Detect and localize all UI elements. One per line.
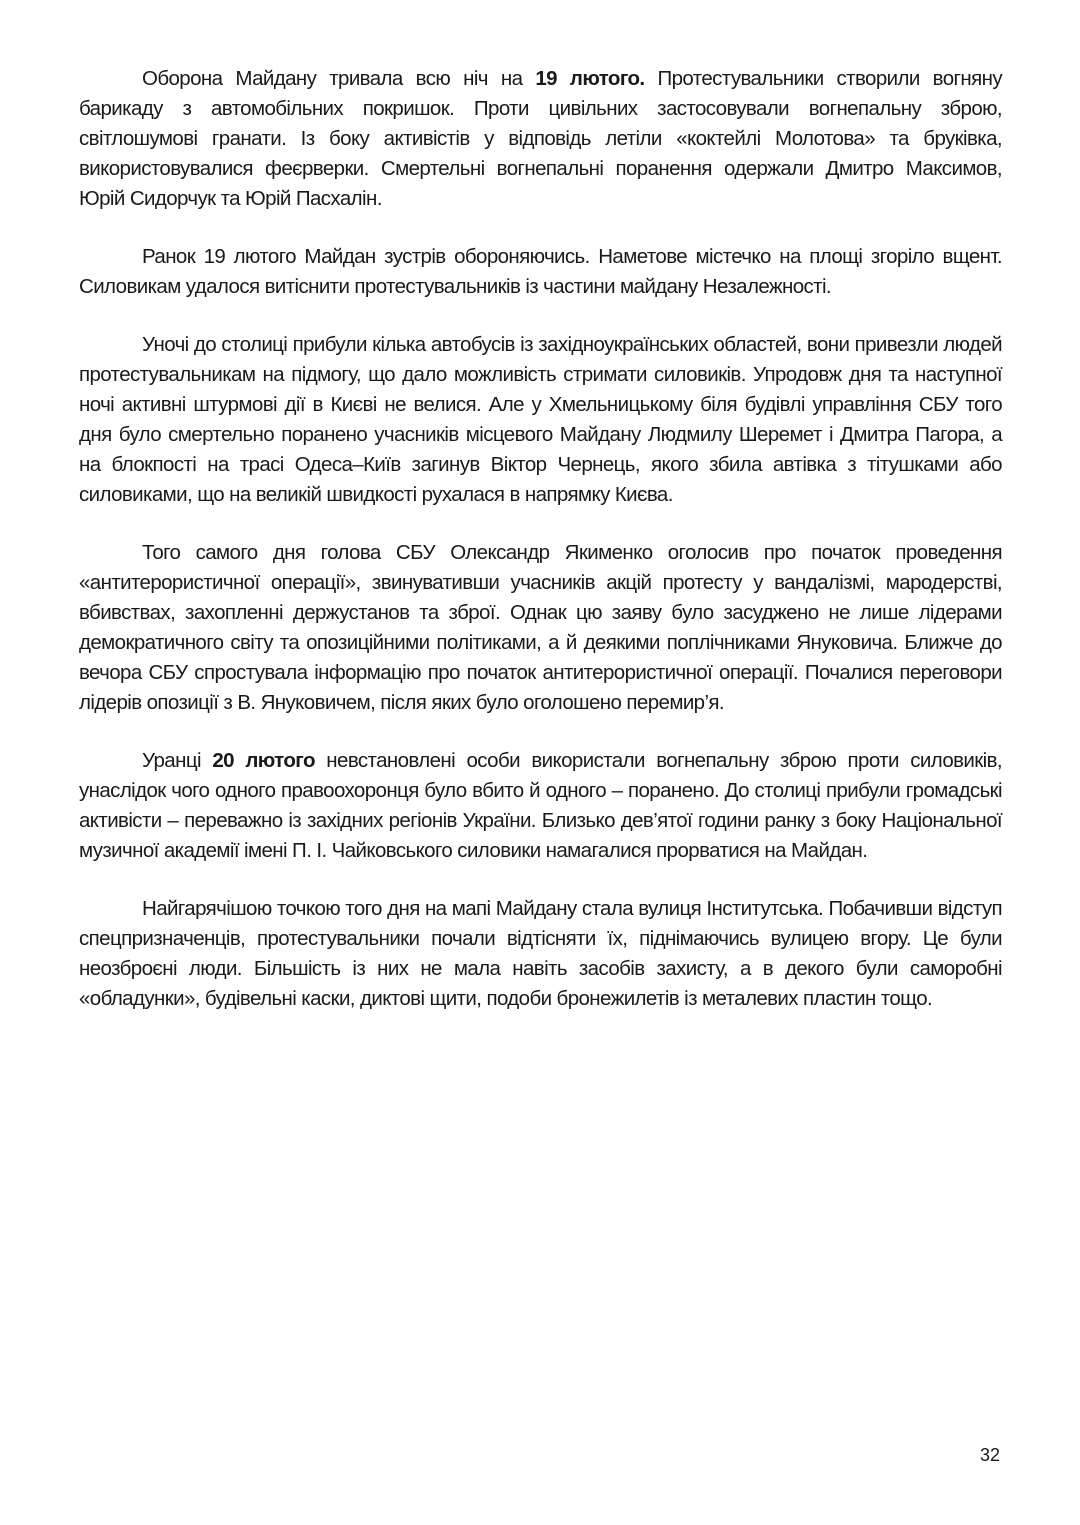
paragraph-sbu-announcement: Того самого дня голова СБУ Олександр Яки… bbox=[79, 538, 1002, 718]
document-page: Оборона Майдану тривала всю ніч на 19 лю… bbox=[79, 64, 1002, 1042]
paragraph-defense-feb-19: Оборона Майдану тривала всю ніч на 19 лю… bbox=[79, 64, 1002, 214]
date-highlight: 19 лютого. bbox=[535, 67, 644, 90]
paragraph-morning-feb-19: Ранок 19 лютого Майдан зустрів обороняюч… bbox=[79, 242, 1002, 302]
paragraph-morning-feb-20: Уранці 20 лютого невстановлені особи вик… bbox=[79, 746, 1002, 866]
page-number: 32 bbox=[980, 1445, 1000, 1466]
paragraph-text: Уранці bbox=[142, 749, 212, 772]
paragraph-buses-arrival: Уночі до столиці прибули кілька автобусі… bbox=[79, 330, 1002, 510]
paragraph-instytutska: Найгарячішою точкою того дня на мапі Май… bbox=[79, 894, 1002, 1014]
date-highlight: 20 лютого bbox=[212, 749, 315, 772]
paragraph-text: Оборона Майдану тривала всю ніч на bbox=[142, 67, 535, 90]
